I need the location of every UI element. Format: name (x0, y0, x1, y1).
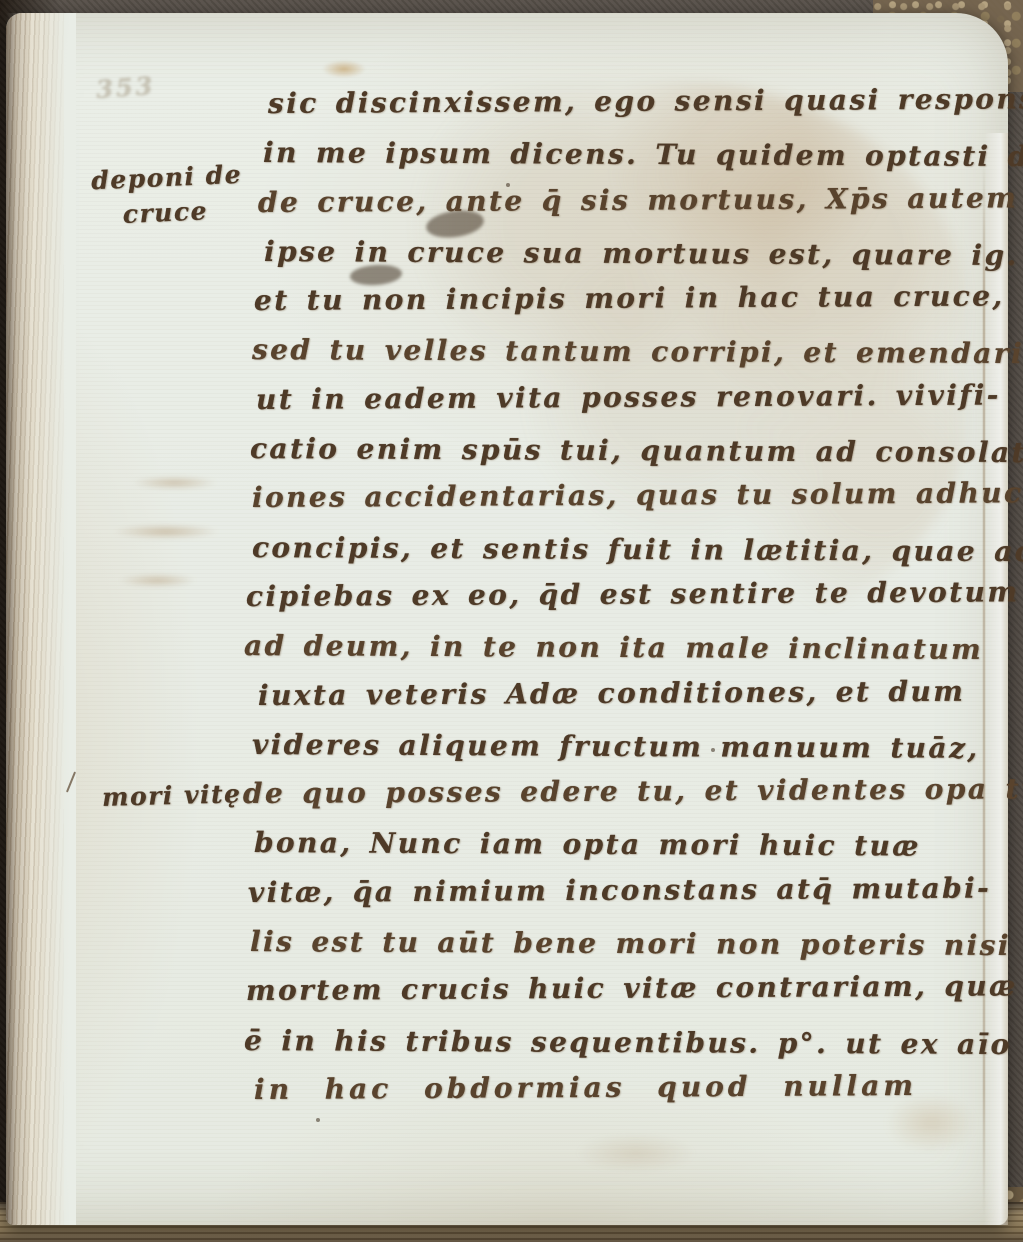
margin-note-line: cruce (122, 195, 244, 229)
margin-note-deponi-de-cruce: deponi de cruce (91, 160, 244, 231)
faint-corner-mark: 353 (95, 71, 156, 104)
text-block: sic discinxissem, ego sensi quasi respon… (238, 79, 1006, 1114)
manuscript-line: sic discinxissem, ego sensi quasi respon… (268, 74, 1006, 128)
manuscript-line: in hac obdormias quod nullam (254, 1060, 1006, 1114)
binding-shadow (6, 13, 32, 1225)
manuscript-photo: 353 deponi de cruce mori vitę sic discin… (0, 0, 1023, 1242)
manuscript-page: 353 deponi de cruce mori vitę sic discin… (6, 13, 1008, 1225)
manuscript-line: vitæ, q̄a nimium inconstans atq̄ mutabi- (248, 863, 1006, 917)
margin-note-line: deponi de (91, 160, 243, 196)
manuscript-line: iuxta veteris Adæ conditiones, et dum (258, 666, 1006, 720)
ink-bleed-through (82, 465, 250, 613)
manuscript-line: iones accidentarias, quas tu solum adhuc (252, 469, 1006, 523)
ink-speck (316, 1118, 320, 1122)
manuscript-line: cipiebas ex eo, q̄d est sentire te devot… (246, 567, 1006, 621)
foxing-stain (576, 1133, 696, 1173)
foxing-stain (322, 60, 366, 78)
manuscript-line: et tu non incipis mori in hac tua cruce, (254, 272, 1006, 326)
manuscript-line: ut in eadem vita posses renovari. vivifi… (256, 370, 1006, 424)
manuscript-line: de cruce, ante q̄ sis mortuus, Xp̄s aute… (258, 173, 1006, 227)
margin-note-mori-vitae: mori vitę (102, 779, 242, 812)
manuscript-line: mortem crucis huic vitæ contrariam, quæ (246, 962, 1006, 1016)
manuscript-line: de quo posses edere tu, et videntes opa … (243, 764, 1006, 818)
